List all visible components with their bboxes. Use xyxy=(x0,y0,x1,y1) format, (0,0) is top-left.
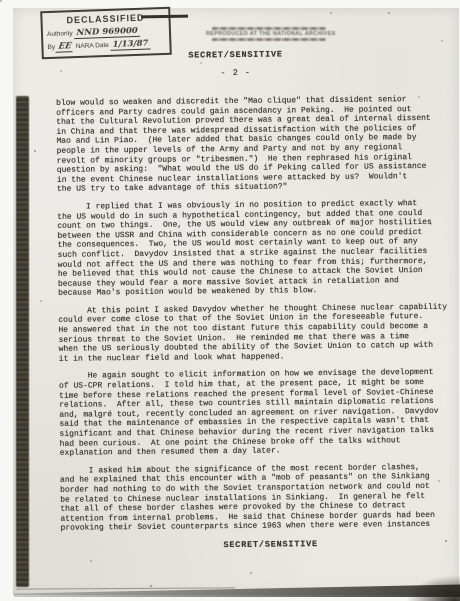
authority-label: Authority xyxy=(47,30,73,38)
binding-edge-strip xyxy=(16,96,29,587)
paragraph: blow would so weaken and discredit the "… xyxy=(56,95,459,195)
typewritten-content: SECRET/SENSITIVE - 2 - blow would so wea… xyxy=(0,0,460,2)
by-label: By xyxy=(47,44,55,51)
declassified-authority-row: Authority NND 969000 xyxy=(47,25,165,39)
paragraph: I asked him about the significance of th… xyxy=(60,462,460,533)
scan-noise-speckles xyxy=(0,0,2,2)
scanned-document-page: DECLASSIFIED Authority NND 969000 By EE … xyxy=(0,0,460,601)
declassified-stamp-title: DECLASSIFIED xyxy=(46,12,164,26)
national-archives-stamp: REPRODUCED AT THE NATIONAL ARCHIVES xyxy=(206,26,332,42)
nara-date-label: NARA Date xyxy=(76,42,109,50)
authority-handwritten-value: NND 969000 xyxy=(74,26,140,39)
stamp-smudge-bottom xyxy=(212,38,326,41)
paragraph: At this point I asked Davydov whether he… xyxy=(58,302,460,364)
scan-corner-shadow xyxy=(406,575,460,601)
paragraph: He again sought to elicit information on… xyxy=(59,368,460,459)
nara-date-handwritten: 1/13/87 xyxy=(110,38,150,50)
national-archives-stamp-text: REPRODUCED AT THE NATIONAL ARCHIVES xyxy=(206,31,332,37)
paragraph: I replied that I was obviously in no pos… xyxy=(57,199,460,299)
document-body: blow would so weaken and discredit the "… xyxy=(56,95,460,542)
stamp-smudge-top xyxy=(212,27,326,30)
